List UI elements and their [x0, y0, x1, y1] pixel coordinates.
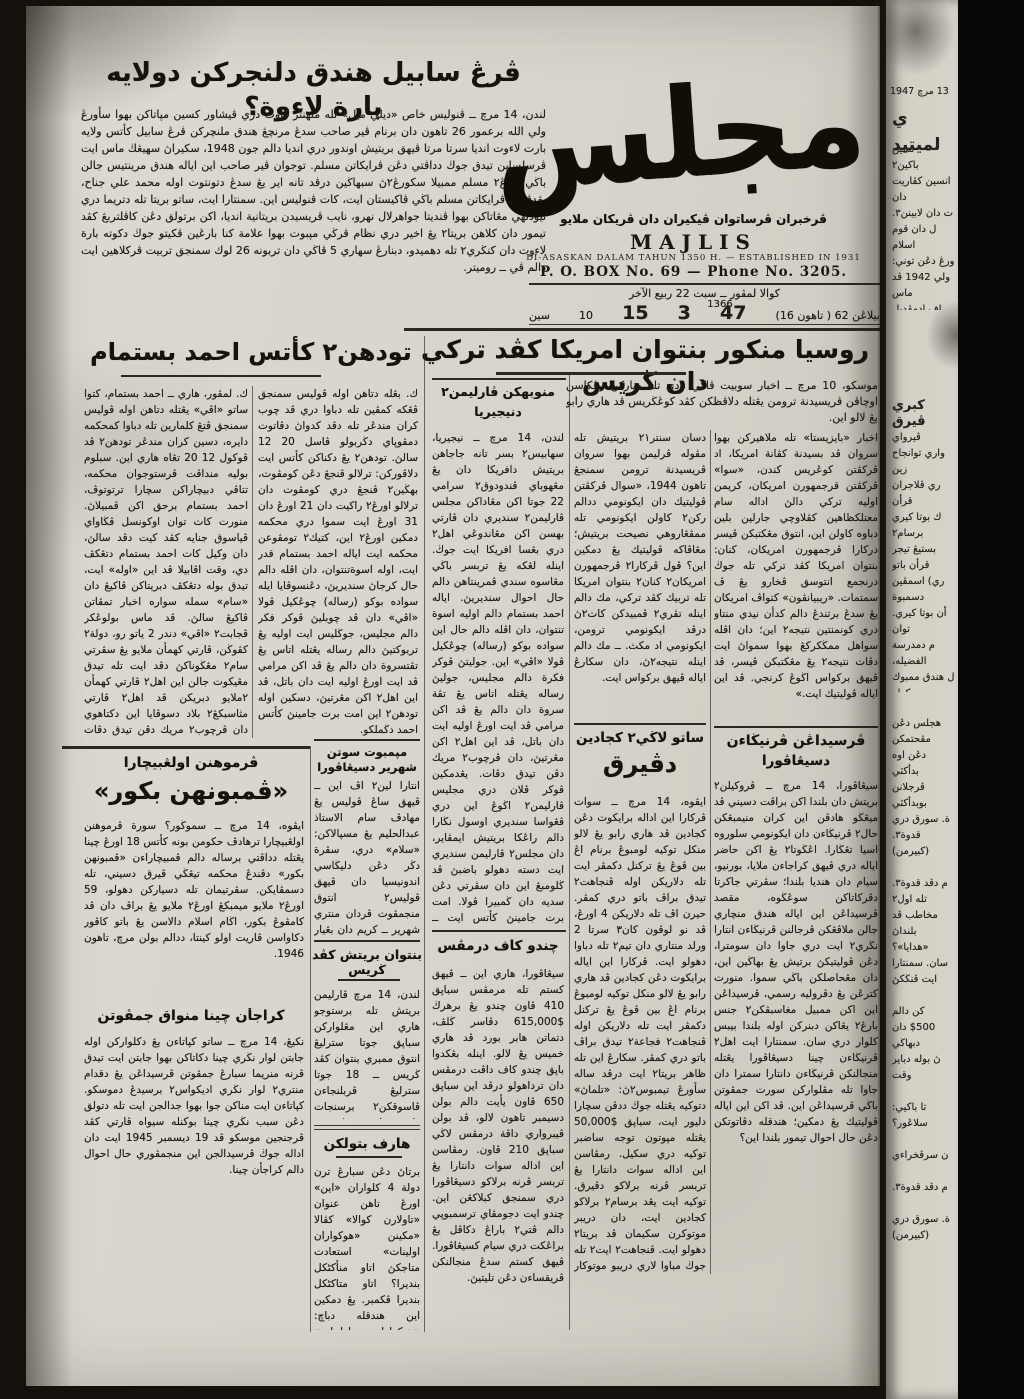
article-holy-war-body: لندن، 14 مرچ ــ ڤنوليس خاص «ديلي ميل» تل… — [81, 106, 546, 334]
article-sjahrir-body: انتارا لين٢ اڤ اين ــ ڤيهق ساڠ ڤوليس يڠ … — [314, 778, 420, 936]
column-divider — [569, 374, 570, 1330]
subhead-perak-1: ساتو لاڬي٢ كجادين — [570, 730, 710, 747]
article-greece-body: لندن، 14 مرچ ڤارليمن بريتش تله برستوجو ه… — [314, 987, 420, 1119]
article-china-body: نكيڠ، 14 مرچ ــ ساتو كڽاتاءن يڠ دكلواركن… — [84, 1034, 304, 1296]
column-divider — [252, 386, 253, 738]
subhead-sjahrir: مڽمبوت سوتن شهرير دسيڠاڤورا — [310, 745, 424, 775]
masthead-latin-title: MAJLIS — [531, 230, 856, 252]
adjacent-page-date: 13 مرچ 1947 — [890, 84, 956, 100]
subhead-nigeria-1: منوبهكن ڤارليمن٢ برسنديري — [428, 384, 568, 402]
subhead-singapore-1: ڤرسيداڠن ڤرنيڬاءن — [712, 733, 880, 751]
subhead-greece-aid: بنتوان بريتش كڤد ڬريس — [310, 947, 424, 977]
masthead-established-line: DI-ASASKAN DALAM TAHUN 1350 H. — ESTABLI… — [516, 253, 871, 264]
correction-rule-a — [314, 1125, 420, 1126]
article-right-column-body: اخبار «بايزيستا» تله ملاهيركن بهوا سروان… — [714, 430, 878, 718]
article-mid-column-body: دسان سنتر٢١ بريتيش تله مڤوله ڤرليمن بهوا… — [574, 430, 706, 720]
nigeria-rule — [432, 378, 566, 380]
article-bekor-body: ايڤوه، 14 مرچ ــ سموڬور؟ سورة ڤرموهنن او… — [84, 818, 304, 1004]
article-nigeria-body: لندن، 14 مرچ ــ نيجيريا، سهابيس٢ بسر تان… — [432, 430, 564, 924]
article-singapore-body: سيڠاڤورا، 14 مرچ ــ ڤروكيلن٢ بريتش دان ب… — [714, 778, 878, 1272]
subhead-bekor-1: ڤرموهنن اولڠبيچارا — [76, 755, 306, 773]
masthead-rule-bottom — [529, 324, 880, 325]
masthead-rule-top — [529, 283, 880, 285]
date-month: 3 — [678, 302, 691, 324]
article-russia-lead: موسكو، 10 مرچ ــ اخبار سوبيت ڤاكي نادي ت… — [566, 378, 878, 428]
article-boestamam-col2: ك. بڠله دتاهن اوله ڤوليس سمنجق ڤڠكه كمڤي… — [258, 386, 418, 738]
subhead-correction: هارف بتولكن — [310, 1136, 424, 1154]
column-divider — [710, 430, 711, 1274]
headline-russia-underline — [496, 372, 686, 375]
column-divider — [310, 746, 311, 1332]
adjacent-page-text-2: ڤيرواي واري توانجاح زين ري ڤلاجران قرأن … — [892, 430, 956, 692]
headline-boestamam-underline — [121, 375, 321, 377]
correction-underline — [336, 1156, 402, 1158]
article-boestamam-col1: ك. لمڤور، هاري ــ احمد بستمام، كتوا ساتو… — [84, 386, 248, 738]
sjahrir-rule — [314, 739, 420, 741]
subhead-perak-2: دڤيرق — [570, 748, 710, 784]
opium-rule — [432, 930, 566, 932]
price-word: سين — [529, 309, 550, 322]
headline-holy-war: ڤرڠ سابيل هندق دلنجركن دولايه بارة لاءوة… — [81, 56, 546, 100]
perak-rule — [574, 723, 706, 725]
masthead-pobox-line: P. O. BOX No. 69 — Phone No. 3205. — [516, 264, 871, 280]
date-day: 15 — [622, 302, 648, 324]
subhead-nigeria-2: دنيجيريا — [428, 404, 568, 422]
scan-background-strip — [958, 0, 1024, 1399]
adjacent-page-text-3: هجلس دڠن مڤحتمكن دڠن اوه بدأكٽي ڤرجلانن … — [892, 716, 956, 1276]
page-left-shadow — [26, 6, 72, 1386]
article-correction-body: برتاڽ دڠن سبارڠ ترن دولة 4 كلواران «اين»… — [314, 1164, 420, 1330]
masthead-tagline: ڤرخبران ڤرساتوان ڤيكيران دان ڤريكان ملاي… — [531, 212, 856, 228]
greece-underline — [338, 979, 400, 981]
subhead-china: كراجأن چينا منواق جمڤوتن — [76, 1008, 306, 1028]
body-top-rule — [404, 328, 880, 331]
newspaper-page: ڤرڠ سابيل هندق دلنجركن دولايه بارة لاءوة… — [26, 6, 880, 1386]
adjacent-page-text-1: نسين باكين٢ انسين كڤاريت دان ت دان لابين… — [892, 142, 956, 310]
subhead-bekor-2: «ڤمبونهن بكور» — [76, 775, 306, 809]
article-perak-body: ايڤوه، 14 مرچ ــ سوات ڤركارا اين اداله ب… — [574, 794, 706, 1272]
subhead-singapore-2: دسيڠاڤورا — [712, 753, 880, 770]
greece-rule — [314, 940, 420, 942]
scan-smudge — [926, 300, 958, 370]
price-number: 10 — [579, 309, 593, 322]
masthead-calligraphy: مجلس — [516, 42, 872, 232]
adjacent-page-subhead-partial: كبري ڤيرق — [892, 398, 956, 430]
singapore-rule — [714, 726, 878, 728]
correction-rule-b — [314, 1129, 420, 1130]
date-year: 47 — [720, 302, 746, 324]
article-opium-body: سيڠاڤورا، هاري اين ــ ڤيهق كستم تله مرمڤ… — [432, 966, 564, 1328]
headline-russia-us-aid: روسيا منكور بنتوان امريكا كڤد تركي دان ڬ… — [410, 334, 880, 370]
scan-smudge — [886, 0, 956, 76]
issue-number: بيلاڠن 62 ( تاهون 16) — [776, 309, 880, 322]
column-divider — [424, 336, 425, 1332]
bekor-rule — [62, 746, 310, 749]
subhead-opium: چندو كاف درمڤس — [428, 938, 568, 956]
adjacent-page-fragment: 13 مرچ 1947 ي لميتيد نسين باكين٢ انسين ك… — [886, 0, 958, 1399]
headline-boestamam: تودهن٢ كأتس احمد بستمام — [86, 336, 416, 374]
